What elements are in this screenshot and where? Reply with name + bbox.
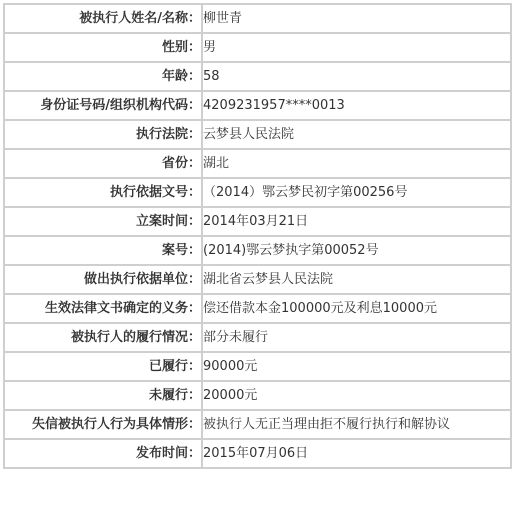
- id-number-value: 4209231957****0013: [202, 91, 511, 120]
- publish-date-value: 2015年07月06日: [202, 439, 511, 468]
- performed-value: 90000元: [202, 352, 511, 381]
- table-row-obligation: 生效法律文书确定的义务： 偿还借款本金100000元及利息10000元: [4, 294, 511, 323]
- name-label: 被执行人姓名/名称：: [4, 4, 202, 33]
- table-row-performance-status: 被执行人的履行情况： 部分未履行: [4, 323, 511, 352]
- province-value: 湖北: [202, 149, 511, 178]
- age-value: 58: [202, 62, 511, 91]
- performance-status-value: 部分未履行: [202, 323, 511, 352]
- issuing-unit-label: 做出执行依据单位：: [4, 265, 202, 294]
- unperformed-value: 20000元: [202, 381, 511, 410]
- basis-doc-number-label: 执行依据文号：: [4, 178, 202, 207]
- issuing-unit-value: 湖北省云梦县人民法院: [202, 265, 511, 294]
- performance-status-label: 被执行人的履行情况：: [4, 323, 202, 352]
- table-row-name: 被执行人姓名/名称： 柳世青: [4, 4, 511, 33]
- obligation-value: 偿还借款本金100000元及利息10000元: [202, 294, 511, 323]
- case-number-label: 案号：: [4, 236, 202, 265]
- basis-doc-number-value: （2014）鄂云梦民初字第00256号: [202, 178, 511, 207]
- table-row-issuing-unit: 做出执行依据单位： 湖北省云梦县人民法院: [4, 265, 511, 294]
- unperformed-label: 未履行：: [4, 381, 202, 410]
- table-row-publish-date: 发布时间： 2015年07月06日: [4, 439, 511, 468]
- court-label: 执行法院：: [4, 120, 202, 149]
- gender-label: 性别：: [4, 33, 202, 62]
- table-row-id-number: 身份证号码/组织机构代码： 4209231957****0013: [4, 91, 511, 120]
- publish-date-label: 发布时间：: [4, 439, 202, 468]
- table-row-court: 执行法院： 云梦县人民法院: [4, 120, 511, 149]
- performed-label: 已履行：: [4, 352, 202, 381]
- table-row-province: 省份： 湖北: [4, 149, 511, 178]
- filing-date-value: 2014年03月21日: [202, 207, 511, 236]
- case-number-value: (2014)鄂云梦执字第00052号: [202, 236, 511, 265]
- court-value: 云梦县人民法院: [202, 120, 511, 149]
- table-row-unperformed: 未履行： 20000元: [4, 381, 511, 410]
- dishonest-behavior-label: 失信被执行人行为具体情形：: [4, 410, 202, 439]
- table-row-performed: 已履行： 90000元: [4, 352, 511, 381]
- dishonest-behavior-value: 被执行人无正当理由拒不履行执行和解协议: [202, 410, 511, 439]
- table-row-basis-doc-number: 执行依据文号： （2014）鄂云梦民初字第00256号: [4, 178, 511, 207]
- id-number-label: 身份证号码/组织机构代码：: [4, 91, 202, 120]
- defaulter-info-panel: 被执行人姓名/名称： 柳世青 性别： 男 年龄： 58 身份证号码/组织机构代码…: [3, 3, 513, 503]
- table-row-filing-date: 立案时间： 2014年03月21日: [4, 207, 511, 236]
- filing-date-label: 立案时间：: [4, 207, 202, 236]
- defaulter-info-table: 被执行人姓名/名称： 柳世青 性别： 男 年龄： 58 身份证号码/组织机构代码…: [3, 3, 512, 469]
- obligation-label: 生效法律文书确定的义务：: [4, 294, 202, 323]
- name-value: 柳世青: [202, 4, 511, 33]
- table-row-case-number: 案号： (2014)鄂云梦执字第00052号: [4, 236, 511, 265]
- gender-value: 男: [202, 33, 511, 62]
- province-label: 省份：: [4, 149, 202, 178]
- table-row-age: 年龄： 58: [4, 62, 511, 91]
- table-row-gender: 性别： 男: [4, 33, 511, 62]
- age-label: 年龄：: [4, 62, 202, 91]
- table-row-dishonest-behavior: 失信被执行人行为具体情形： 被执行人无正当理由拒不履行执行和解协议: [4, 410, 511, 439]
